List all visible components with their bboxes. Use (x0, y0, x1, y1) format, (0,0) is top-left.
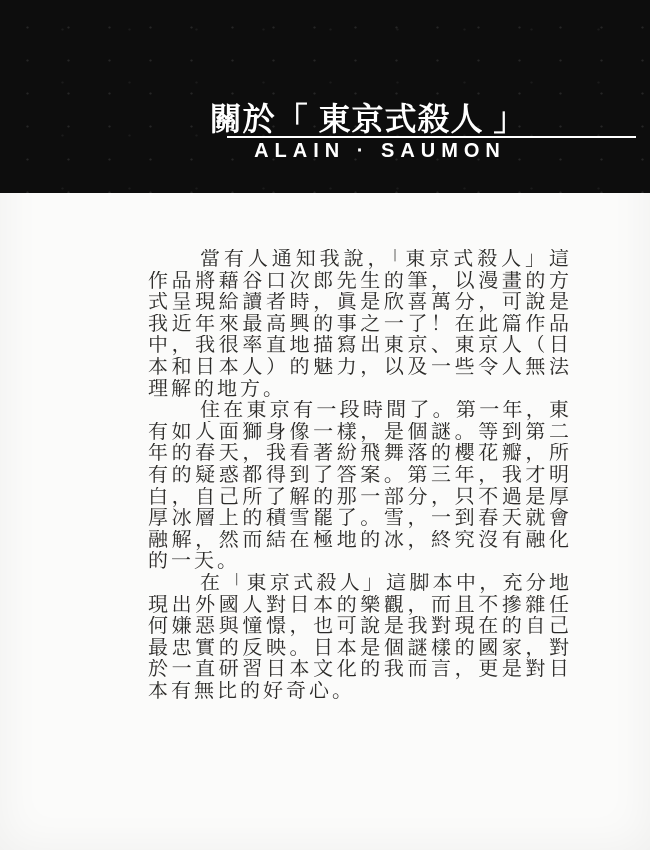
text-line: 何嫌惡與憧憬，也可說是我對現在的自己 (148, 616, 572, 638)
author-name: ALAIN · SAUMON (55, 140, 650, 163)
text-line: 於一直研習日本文化的我而言，更是對日 (148, 659, 572, 681)
text-line: 年的春天，我看著紛飛舞落的櫻花瓣，所 (148, 443, 572, 465)
text-line: 當有人通知我說，「東京式殺人」這部 (148, 249, 572, 271)
section-title: 關於「 東京式殺人 」 (43, 94, 650, 140)
text-line: 白，自己所了解的那一部分，只不過是厚 (148, 487, 572, 509)
text-line: 的一天。 (148, 551, 572, 573)
body-text: 當有人通知我說，「東京式殺人」這部 作品將藉谷口次郎先生的筆，以漫畫的方 式呈現… (148, 249, 572, 702)
text-line: 在「東京式殺人」這脚本中，充分地表 (148, 573, 572, 595)
text-line: 中，我很率直地描寫出東京、東京人（日 (148, 335, 572, 357)
paragraph-2: 住在東京有一段時間了。第一年，東京 有如人面獅身像一樣，是個謎。等到第二 年的春… (148, 400, 572, 573)
title-underline (227, 136, 636, 138)
header-banner: 關於「 東京式殺人 」 ALAIN · SAUMON (0, 0, 650, 193)
text-line: 本和日本人）的魅力，以及一些令人無法 (148, 357, 572, 379)
paragraph-3: 在「東京式殺人」這脚本中，充分地表 現出外國人對日本的樂觀，而且不摻雜任 何嫌惡… (148, 573, 572, 703)
paragraph-1: 當有人通知我說，「東京式殺人」這部 作品將藉谷口次郎先生的筆，以漫畫的方 式呈現… (148, 249, 572, 400)
text-line: 理解的地方。 (148, 379, 572, 401)
text-line: 現出外國人對日本的樂觀，而且不摻雜任 (148, 595, 572, 617)
text-line: 融解，然而結在極地的冰，終究沒有融化 (148, 530, 572, 552)
text-line: 式呈現給讀者時，眞是欣喜萬分，可說是 (148, 292, 572, 314)
text-line: 最忠實的反映。日本是個謎樣的國家，對 (148, 638, 572, 660)
text-line: 有的疑惑都得到了答案。第三年，我才明 (148, 465, 572, 487)
text-line: 厚冰層上的積雪罷了。雪，一到春天就會 (148, 508, 572, 530)
text-line: 住在東京有一段時間了。第一年，東京 (148, 400, 572, 422)
text-line: 有如人面獅身像一樣，是個謎。等到第二 (148, 422, 572, 444)
text-line: 作品將藉谷口次郎先生的筆，以漫畫的方 (148, 271, 572, 293)
text-line: 本有無比的好奇心。 (148, 681, 572, 703)
book-page: 關於「 東京式殺人 」 ALAIN · SAUMON 當有人通知我說，「東京式殺… (0, 0, 650, 850)
text-line: 我近年來最高興的事之一了！在此篇作品 (148, 314, 572, 336)
